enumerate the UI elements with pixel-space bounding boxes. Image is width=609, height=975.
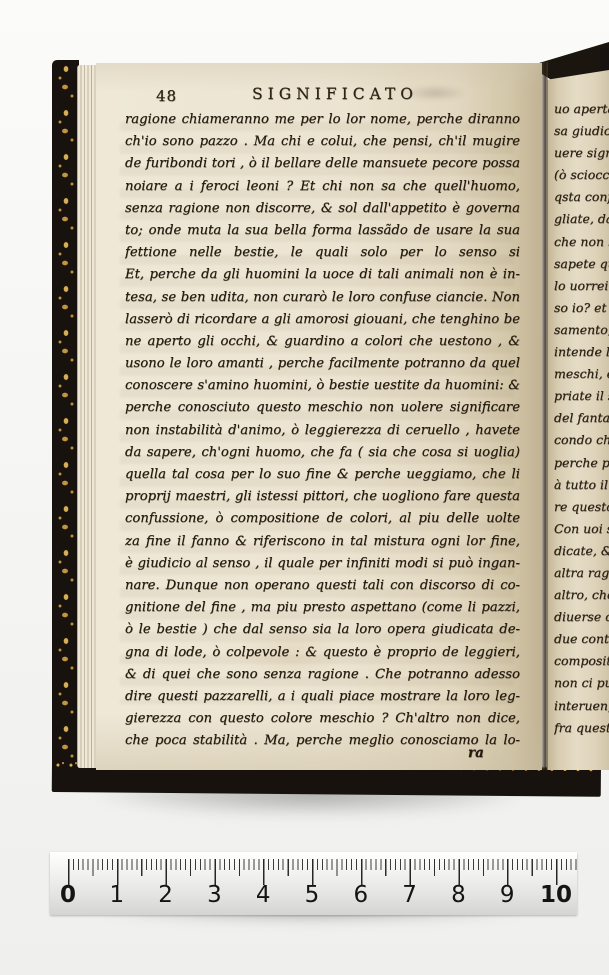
fragment-line: Con uoi st [554,518,609,540]
fragment-line: qsta confu [554,186,609,208]
fragment-line: perche poi [554,452,609,474]
text-line: proprij maestri, gli istessi pittori, ch… [125,486,520,508]
fragment-line: sa giudici, & [554,120,609,142]
fragment-line: lo uorrei un [554,275,609,297]
text-line: za fine il fanno & riferiscono in tal mi… [125,531,520,553]
book-photograph: uo aperta pazsa giudici, &uere significa… [0,0,609,975]
page-header: 48 SIGNIFICATO [96,85,542,107]
fragment-line: so io? et st [554,297,609,319]
fragment-line: non ci può [554,672,609,694]
fragment-line: samento, di [554,319,609,341]
text-line: ò le bestie ) che dal senso sia la loro … [125,619,520,641]
text-line: che poca stabilità . Ma, perche meglio c… [125,730,520,752]
fragment-line: diuerse cose [554,606,609,628]
fragment-line: (ò scioccare [554,164,609,186]
text-line: nare. Dunque non operano questi tali con… [125,575,520,597]
fragment-line: à tutto il m [554,474,609,496]
text-line: fettione nelle bestie, le quali solo per… [125,242,520,264]
text-line: Et, perche da gli huomini la uoce di tal… [125,264,520,286]
text-line: da sapere, ch'ogni huomo, che fa ( sia c… [125,442,520,464]
text-line: dire questi pazzarelli, a i quali piace … [125,686,520,708]
fragment-line: priate il suo [554,385,609,407]
fragment-line: meschi, et u [554,363,609,385]
left-page: 48 SIGNIFICATO ragione chiameranno me pe… [96,63,542,770]
text-line: quella tal cosa per lo suo fine & perche… [125,464,520,486]
text-line: gnitione del fine , ma piu presto aspett… [125,597,520,619]
ruler-numbers: 012345678910 [68,881,556,911]
fragment-line: gliate, date [554,208,609,230]
text-line: conoscere s'amino huomini, ò bestie uest… [125,375,520,397]
text-line: è giudicio al senso , il quale per infin… [125,553,520,575]
text-line: confussione, ò compositione de colori, a… [125,508,520,530]
fragment-line: re questo c [554,496,609,518]
fragment-line: fra questi [554,717,609,739]
fragment-line: condo ch'il [554,429,609,451]
text-line: gna di lode, ò colpevole : & questo è pr… [125,642,520,664]
text-line: de furibondi tori , ò il bellare delle m… [125,153,520,175]
fragment-line: uere significa [554,142,609,164]
fragment-line: sapete quel, [554,253,609,275]
text-line: usono le loro amanti , perche facilmente… [125,353,520,375]
text-line: ragione chiameranno me per lo lor nome, … [125,109,520,131]
left-cover-edge-gold-tooling [52,60,79,787]
text-line: non instabilità d'animo, ò leggierezza d… [125,420,520,442]
fragment-line: del fantastic [554,407,609,429]
fragment-line: due contra [554,628,609,650]
measurement-ruler: 012345678910 [50,852,577,915]
text-line: noiare a i feroci leoni ? Et chi non sa … [125,176,520,198]
text-line: tesa, se ben udita, non curarò le loro c… [125,287,520,309]
text-line: ne aperto gli occhi, & guardino a colori… [125,331,520,353]
fragment-line: uo aperta paz [554,98,609,120]
fragment-line: dicate, & r [554,540,609,562]
fragment-line: intende la u [554,341,609,363]
facing-page-fore-edge: uo aperta pazsa giudici, &uere significa… [547,70,609,770]
page-edges-stack [77,65,98,768]
text-line: to; onde muta la sua bella forma lassãdo… [125,220,520,242]
text-line: perche conosciuto questo meschio non uol… [125,397,520,419]
facing-page-text-fragments: uo aperta pazsa giudici, &uere significa… [554,98,609,739]
fragment-line: che non bau [554,231,609,253]
text-line: & di quei che sono senza ragione . Che p… [125,664,520,686]
text-line: lasserò di ricordare a gli amorosi gioua… [125,309,520,331]
fragment-line: altro, che [554,584,609,606]
catchword: ra [468,745,484,761]
text-line: ch'io sono pazzo . Ma chi e colui, che p… [125,131,520,153]
body-text: ragione chiameranno me per lo lor nome, … [125,109,520,752]
running-title: SIGNIFICATO [252,85,418,103]
fragment-line: interuenga [554,695,609,717]
fragment-line: altra ragio [554,562,609,584]
text-line: senza ragione non discorre, & sol dall'a… [125,198,520,220]
text-line: gierezza con questo colore meschio ? Ch'… [125,708,520,730]
page-number: 48 [156,87,177,105]
fragment-line: compositio [554,650,609,672]
